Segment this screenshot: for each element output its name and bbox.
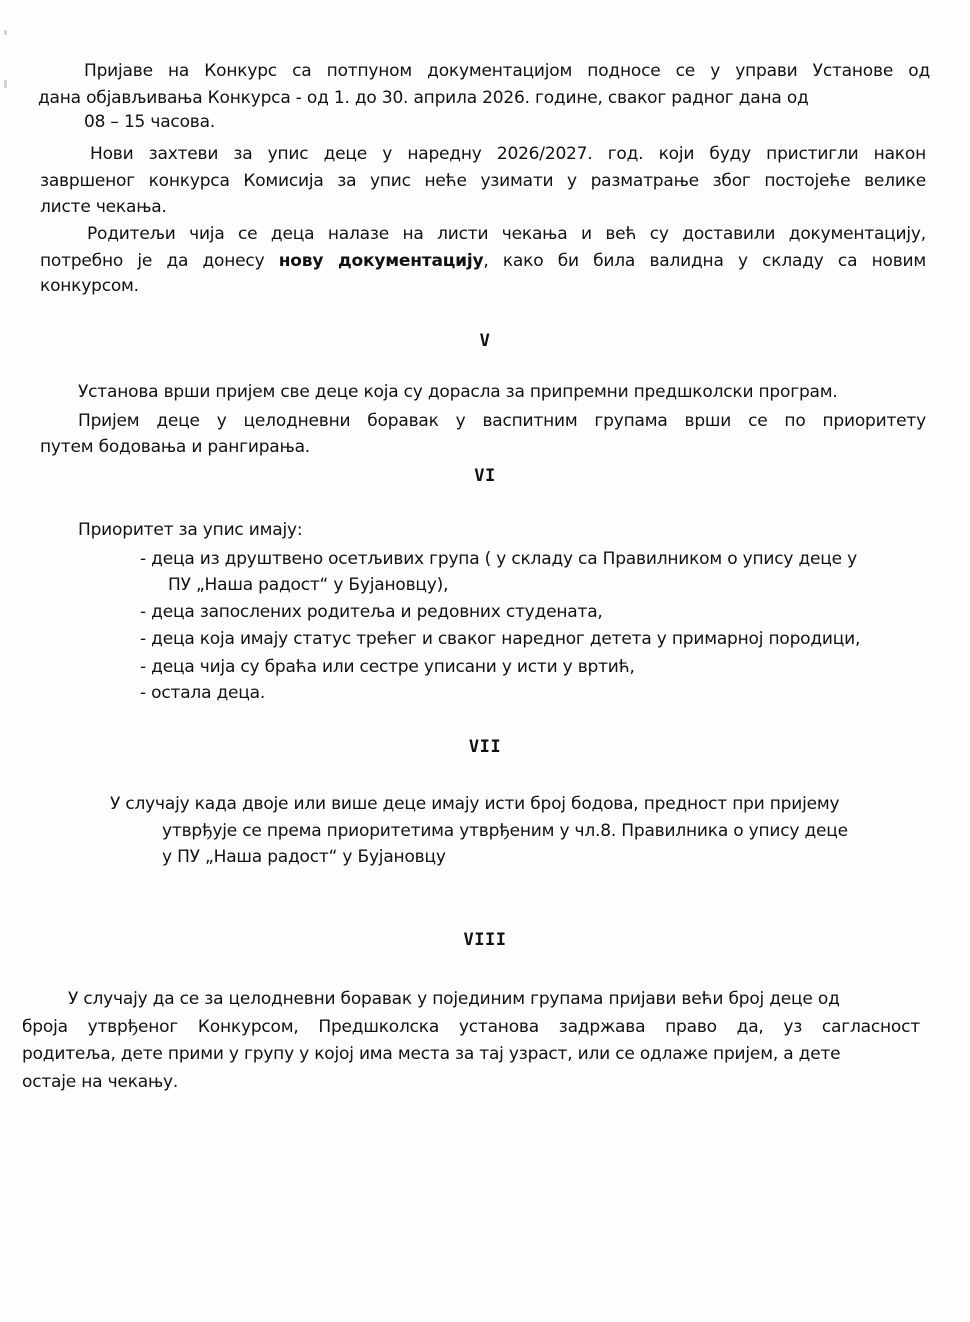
paragraph-line: У случају да се за целодневни боравак у …: [68, 988, 840, 1010]
emphasized-text: нову документацију: [279, 251, 484, 271]
scan-artifact: [4, 30, 7, 35]
list-item: - остала деца.: [140, 682, 265, 704]
paragraph-line: броја утврђеног Конкурсом, Предшколска у…: [22, 1016, 920, 1038]
section-heading-vi: VI: [0, 465, 970, 487]
text: , како би била валидна у складу са новим: [483, 251, 926, 271]
paragraph-line: Нови захтеви за упис деце у наредну 2026…: [90, 143, 926, 165]
paragraph-line: остаје на чекању.: [22, 1071, 178, 1093]
text: потребно је да донесу: [40, 251, 279, 271]
scan-artifact: [4, 80, 7, 88]
section-heading-v: V: [0, 330, 970, 352]
paragraph-line-with-emphasis: потребно је да донесу нову документацију…: [40, 250, 926, 272]
paragraph-line: родитеља, дете прими у групу у којој има…: [22, 1043, 840, 1065]
paragraph-line: листе чекања.: [40, 196, 167, 218]
list-item-continuation: ПУ „Наша радост“ у Бујановцу),: [168, 574, 448, 596]
list-item: - деца запослених родитеља и редовних ст…: [140, 601, 603, 623]
list-intro: Приоритет за упис имају:: [78, 519, 302, 541]
section-heading-viii: VIII: [0, 929, 970, 951]
paragraph-line: У случају када двоје или више деце имају…: [110, 793, 839, 815]
scanned-document-page: Пријаве на Конкурс са потпуном документа…: [0, 0, 970, 1322]
paragraph-line: завршеног конкурса Комисија за упис неће…: [40, 170, 926, 192]
paragraph-line: Пријем деце у целодневни боравак у васпи…: [78, 410, 926, 432]
paragraph-line: Пријаве на Конкурс са потпуном документа…: [84, 60, 930, 82]
list-item: - деца из друштвено осетљивих група ( у …: [140, 548, 857, 570]
paragraph-line: у ПУ „Наша радост“ у Бујановцу: [162, 846, 446, 868]
paragraph-line: Родитељи чија се деца налазе на листи че…: [87, 223, 926, 245]
paragraph-line: Установа врши пријем све деце која су до…: [78, 381, 838, 403]
paragraph-line: 08 – 15 часова.: [84, 111, 215, 133]
list-item: - деца чија су браћа или сестре уписани …: [140, 656, 635, 678]
list-item: - деца која имају статус трећег и сваког…: [140, 628, 860, 650]
paragraph-line: дана објављивања Конкурса - од 1. до 30.…: [38, 87, 809, 109]
paragraph-line: конкурсом.: [40, 275, 139, 297]
section-heading-vii: VII: [0, 736, 970, 758]
paragraph-line: путем бодовања и рангирања.: [40, 436, 310, 458]
paragraph-line: утврђује се према приоритетима утврђеним…: [162, 820, 848, 842]
